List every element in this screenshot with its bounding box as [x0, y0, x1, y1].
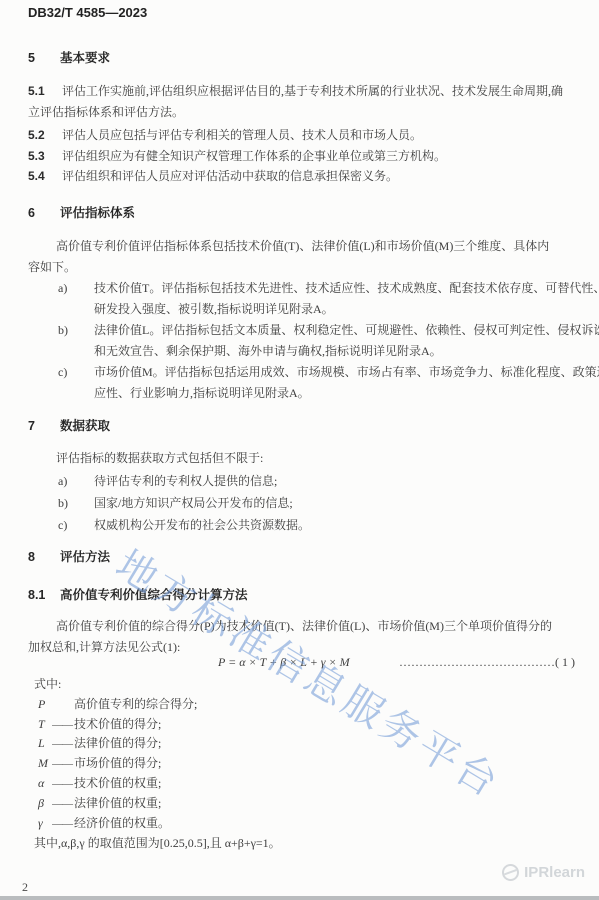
section-7-title: 数据获取 — [60, 419, 110, 433]
section-8-heading: 8评估方法 — [28, 549, 110, 565]
clause-5-3-number: 5.3 — [28, 148, 62, 164]
list-item-7c: c)权威机构公开发布的社会公共资源数据。 — [58, 517, 310, 533]
section-5-number: 5 — [28, 50, 60, 66]
list-item-6b-line-2: 和无效宣告、剩余保护期、海外申请与确权,指标说明详见附录A。 — [94, 343, 442, 359]
section-8-number: 8 — [28, 549, 60, 565]
list-item-6a-line-1: a)技术价值T。评估指标包括技术先进性、技术适应性、技术成熟度、配套技术依存度、… — [58, 280, 599, 296]
clause-5-1-line-2: 立评估指标体系和评估方法。 — [28, 104, 184, 120]
list-item-6c-line-1: c)市场价值M。评估指标包括运用成效、市场规模、市场占有率、市场竞争力、标准化程… — [58, 364, 599, 380]
section-8-1-title: 高价值专利价值综合得分计算方法 — [60, 588, 248, 602]
globe-icon — [502, 864, 519, 881]
clause-5-4: 5.4评估组织和评估人员应对评估活动中获取的信息承担保密义务。 — [28, 168, 398, 184]
section-8-intro-line-1: 高价值专利价值的综合得分(P)为技术价值(T)、法律价值(L)、市场价值(M)三… — [56, 618, 552, 634]
list-item-6c-line-2: 应性、行业影响力,指标说明详见附录A。 — [94, 385, 310, 401]
list-marker-6c: c) — [58, 364, 94, 380]
list-item-6a-line-2: 研发投入强度、被引数,指标说明详见附录A。 — [94, 301, 334, 317]
section-6-heading: 6评估指标体系 — [28, 205, 135, 221]
clause-5-3: 5.3评估组织应为有健全知识产权管理工作体系的企事业单位或第三方机构。 — [28, 148, 446, 164]
section-6-number: 6 — [28, 205, 60, 221]
section-6-intro-line-1: 高价值专利价值评估指标体系包括技术价值(T)、法律价值(L)和市场价值(M)三个… — [56, 238, 549, 254]
watermark-text: 地方标准信息服务平台 — [107, 534, 514, 809]
page-number: 2 — [22, 880, 28, 895]
clause-5-2-number: 5.2 — [28, 127, 62, 143]
section-5-title: 基本要求 — [60, 51, 110, 65]
clause-5-2: 5.2评估人员应包括与评估专利相关的管理人员、技术人员和市场人员。 — [28, 127, 422, 143]
section-5-heading: 5基本要求 — [28, 50, 110, 66]
list-marker-7c: c) — [58, 517, 94, 533]
formula-1-expression: P = α × T + β × L + γ × M — [218, 654, 350, 670]
clause-5-4-number: 5.4 — [28, 168, 62, 184]
formula-1-number: ( 1 ) — [555, 655, 575, 669]
document-page: DB32/T 4585—2023 5基本要求 5.1评估工作实施前,评估组织应根… — [0, 0, 599, 900]
clause-5-1-number: 5.1 — [28, 83, 62, 99]
where-label: 式中: — [34, 676, 61, 692]
brand-name: IPRlearn — [524, 864, 585, 881]
doc-number-header: DB32/T 4585—2023 — [28, 5, 147, 21]
section-6-intro-line-2: 容如下。 — [28, 259, 76, 275]
section-7-heading: 7数据获取 — [28, 418, 110, 434]
scan-edge — [0, 896, 599, 900]
list-marker-6b: b) — [58, 322, 94, 338]
formula-1-leader: …………………………………( 1 ) — [399, 654, 575, 670]
section-8-1-number: 8.1 — [28, 587, 60, 603]
list-marker-6a: a) — [58, 280, 94, 296]
list-item-7a: a)待评估专利的专利权人提供的信息; — [58, 473, 277, 489]
section-7-intro: 评估指标的数据获取方式包括但不限于: — [56, 450, 263, 466]
section-8-title: 评估方法 — [60, 550, 110, 564]
list-item-7b: b)国家/地方知识产权局公开发布的信息; — [58, 495, 293, 511]
section-6-title: 评估指标体系 — [60, 206, 135, 220]
section-7-number: 7 — [28, 418, 60, 434]
list-marker-7b: b) — [58, 495, 94, 511]
list-item-6b-line-1: b)法律价值L。评估指标包括文本质量、权利稳定性、可规避性、依赖性、侵权可判定性… — [58, 322, 599, 338]
weights-note: 其中,α,β,γ 的取值范围为[0.25,0.5],且 α+β+γ=1。 — [34, 835, 281, 851]
clause-5-1-line-1: 5.1评估工作实施前,评估组织应根据评估目的,基于专利技术所属的行业状况、技术发… — [28, 83, 563, 99]
list-marker-7a: a) — [58, 473, 94, 489]
section-8-intro-line-2: 加权总和,计算方法见公式(1): — [28, 639, 180, 655]
section-8-1-heading: 8.1高价值专利价值综合得分计算方法 — [28, 587, 248, 603]
brand-logo: IPRlearn — [502, 864, 585, 881]
